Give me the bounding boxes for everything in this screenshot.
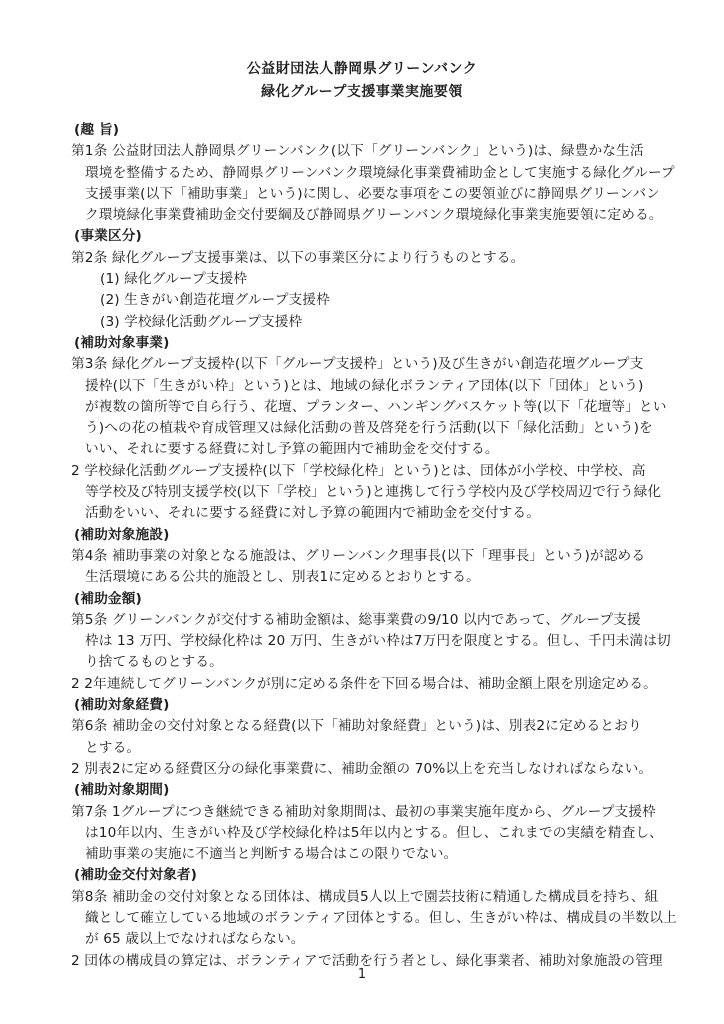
section-heading: (補助対象事業)	[71, 333, 664, 354]
continuation-line: 支援事業(以下「補助事業」という)に関し、必要な事項をこの要領並びに静岡県グリー…	[71, 184, 664, 205]
article-line: 第1条 公益財団法人静岡県グリーンバンク(以下「グリーンバンク」という)は、緑豊…	[71, 141, 664, 162]
title-line-1: 公益財団法人静岡県グリーンバンク	[0, 58, 724, 81]
document-title: 公益財団法人静岡県グリーンバンク 緑化グループ支援事業実施要領	[0, 0, 724, 104]
section-heading: (補助対象期間)	[71, 780, 664, 801]
continuation-line: ク環境緑化事業費補助金交付要綱及び静岡県グリーンバンク環境緑化事業実施要領に定め…	[71, 205, 664, 226]
continuation-line: は10年以内、生きがい枠及び学校緑化枠は5年以内とする。但し、これまでの実績を精…	[71, 823, 664, 844]
continuation-line: とする。	[71, 738, 664, 759]
article-line: 第2条 緑化グループ支援事業は、以下の事業区分により行うものとする。	[71, 248, 664, 269]
list-item-line: (3) 学校緑化活動グループ支援枠	[71, 312, 664, 333]
title-line-2: 緑化グループ支援事業実施要領	[0, 81, 724, 104]
document-page: 公益財団法人静岡県グリーンバンク 緑化グループ支援事業実施要領 (趣 旨)第1条…	[0, 0, 724, 1024]
continuation-line: 織として確立している地域のボランティア団体とする。但し、生きがい枠は、構成員の半…	[71, 908, 664, 929]
continuation-line: り捨てるものとする。	[71, 652, 664, 673]
section-heading: (補助対象経費)	[71, 695, 664, 716]
section-heading: (補助対象施設)	[71, 525, 664, 546]
continuation-line: が 65 歳以上でなければならない。	[71, 929, 664, 950]
continuation-line: 等学校及び特別支援学校(以下「学校」という)と連携して行う学校内及び学校周辺で行…	[71, 482, 664, 503]
section-heading: (補助金額)	[71, 589, 664, 610]
article-line: 2 2年連続してグリーンバンクが別に定める条件を下回る場合は、補助金額上限を別途…	[71, 674, 664, 695]
continuation-line: いい、それに要する経費に対し予算の範囲内で補助金を交付する。	[71, 439, 664, 460]
article-line: 第7条 1グループにつき継続できる補助対象期間は、最初の事業実施年度から、グルー…	[71, 802, 664, 823]
page-number: 1	[0, 966, 724, 984]
continuation-line: 環境を整備するため、静岡県グリーンバンク環境緑化事業費補助金として実施する緑化グ…	[71, 163, 664, 184]
article-line: 第4条 補助事業の対象となる施設は、グリーンバンク理事長(以下「理事長」という)…	[71, 546, 664, 567]
document-body: (趣 旨)第1条 公益財団法人静岡県グリーンバンク(以下「グリーンバンク」という…	[0, 120, 724, 972]
continuation-line: 補助事業の実施に不適当と判断する場合はこの限りでない。	[71, 844, 664, 865]
continuation-line: が複数の箇所等で自ら行う、花壇、プランター、ハンギングバスケット等(以下「花壇等…	[71, 397, 664, 418]
continuation-line: う)への花の植栽や育成管理又は緑化活動の普及啓発を行う活動(以下「緑化活動」とい…	[71, 418, 664, 439]
article-line: 2 別表2に定める経費区分の緑化事業費に、補助金額の 70%以上を充当しなければ…	[71, 759, 664, 780]
section-heading: (事業区分)	[71, 226, 664, 247]
section-heading: (趣 旨)	[71, 120, 664, 141]
continuation-line: 援枠(以下「生きがい枠」という)とは、地域の緑化ボランティア団体(以下「団体」と…	[71, 376, 664, 397]
article-line: 第8条 補助金の交付対象となる団体は、構成員5人以上で園芸技術に精通した構成員を…	[71, 887, 664, 908]
article-line: 第6条 補助金の交付対象となる経費(以下「補助対象経費」という)は、別表2に定め…	[71, 716, 664, 737]
section-heading: (補助金交付対象者)	[71, 865, 664, 886]
continuation-line: 枠は 13 万円、学校緑化枠は 20 万円、生きがい枠は7万円を限度とする。但し…	[71, 631, 664, 652]
article-line: 2 学校緑化活動グループ支援枠(以下「学校緑化枠」という)とは、団体が小学校、中…	[71, 461, 664, 482]
article-line: 第5条 グリーンバンクが交付する補助金額は、総事業費の9/10 以内であって、グ…	[71, 610, 664, 631]
list-item-line: (2) 生きがい創造花壇グループ支援枠	[71, 290, 664, 311]
article-line: 第3条 緑化グループ支援枠(以下「グループ支援枠」という)及び生きがい創造花壇グ…	[71, 354, 664, 375]
list-item-line: (1) 緑化グループ支援枠	[71, 269, 664, 290]
continuation-line: 生活環境にある公共的施設とし、別表1に定めるとおりとする。	[71, 567, 664, 588]
continuation-line: 活動をいい、それに要する経費に対し予算の範囲内で補助金を交付する。	[71, 503, 664, 524]
